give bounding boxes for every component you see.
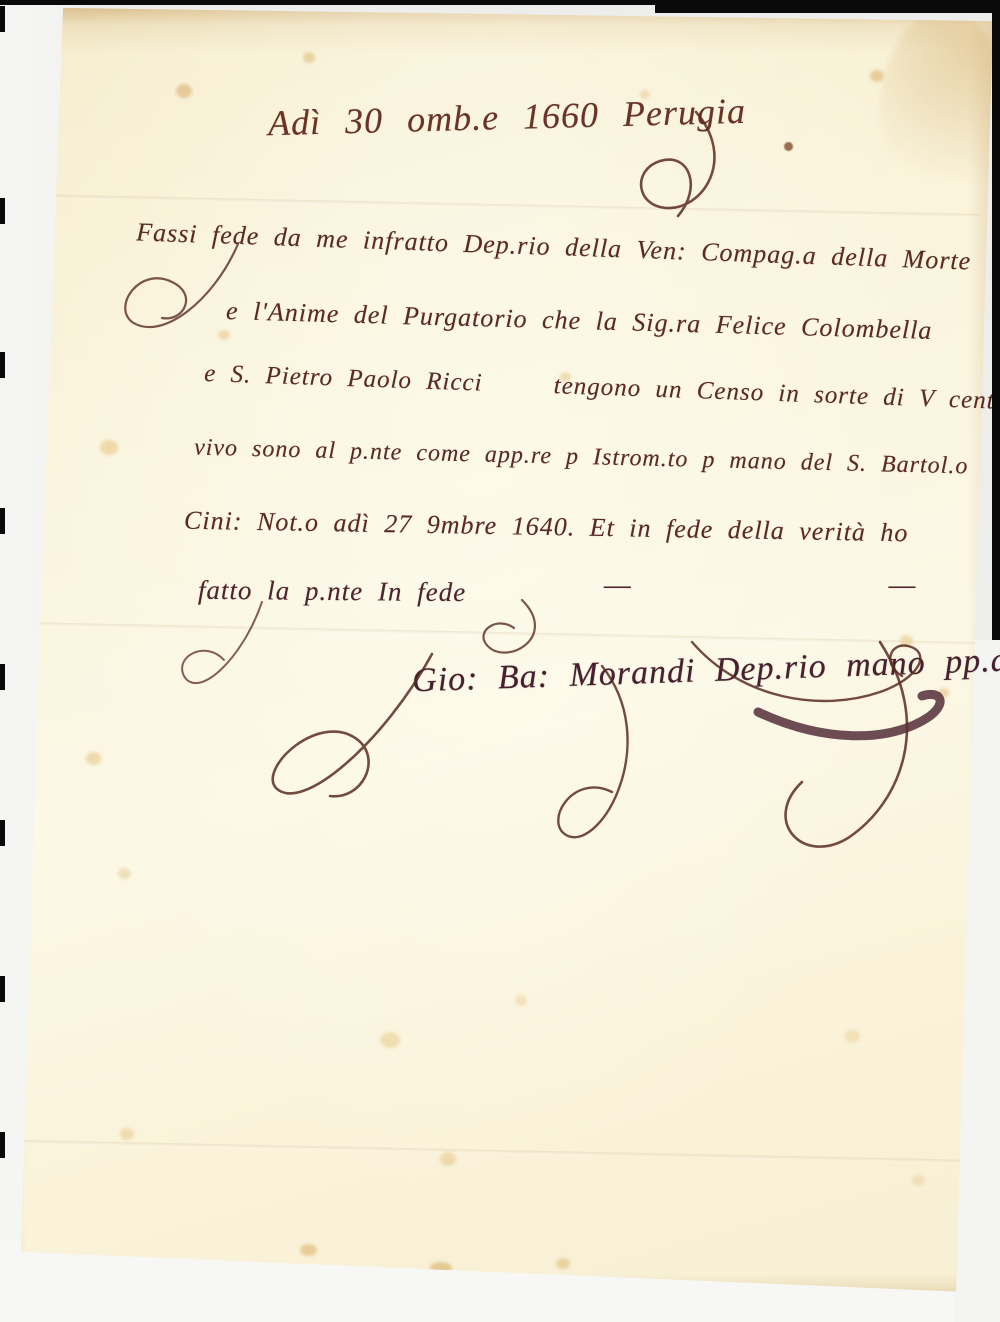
foxing-spot xyxy=(556,1258,570,1269)
foxing-spot xyxy=(912,1175,925,1186)
fold-crease xyxy=(20,622,980,646)
fold-crease xyxy=(20,194,980,218)
foxing-spot xyxy=(938,688,949,698)
ink-blot-spot xyxy=(784,142,793,151)
fold-crease xyxy=(20,1140,980,1164)
scan-edge-right xyxy=(992,0,1000,640)
scan-edge-tick xyxy=(0,6,5,32)
foxing-spot xyxy=(380,1032,400,1048)
foxing-spot xyxy=(440,1152,456,1166)
foxing-spot xyxy=(300,1244,317,1256)
scan-edge-tick xyxy=(0,976,5,1002)
separator-dashes: — — xyxy=(604,568,955,602)
foxing-spot xyxy=(86,752,101,765)
scan-edge-tick xyxy=(0,508,5,534)
foxing-spot xyxy=(118,868,131,879)
foxing-spot xyxy=(176,84,192,98)
foxing-spot xyxy=(870,70,884,82)
scan-edge-top-right xyxy=(655,0,1000,13)
scan-edge-tick xyxy=(0,1132,5,1158)
foxing-spot xyxy=(303,52,315,63)
scanned-document-image: Adì 30 omb.e 1660 Perugia Fassi fede da … xyxy=(0,0,1000,1322)
scan-edge-tick xyxy=(0,664,5,690)
body-text-line: fatto la p.nte In fede xyxy=(198,575,466,608)
scan-edge-tick xyxy=(0,198,5,224)
scan-edge-tick xyxy=(0,820,5,846)
foxing-spot xyxy=(218,330,230,340)
foxing-spot xyxy=(100,440,118,455)
foxing-spot xyxy=(845,1030,860,1043)
foxing-cluster-top-right xyxy=(880,10,1000,220)
foxing-spot xyxy=(515,995,527,1006)
scan-edge-tick xyxy=(0,352,5,378)
foxing-spot xyxy=(120,1128,134,1140)
